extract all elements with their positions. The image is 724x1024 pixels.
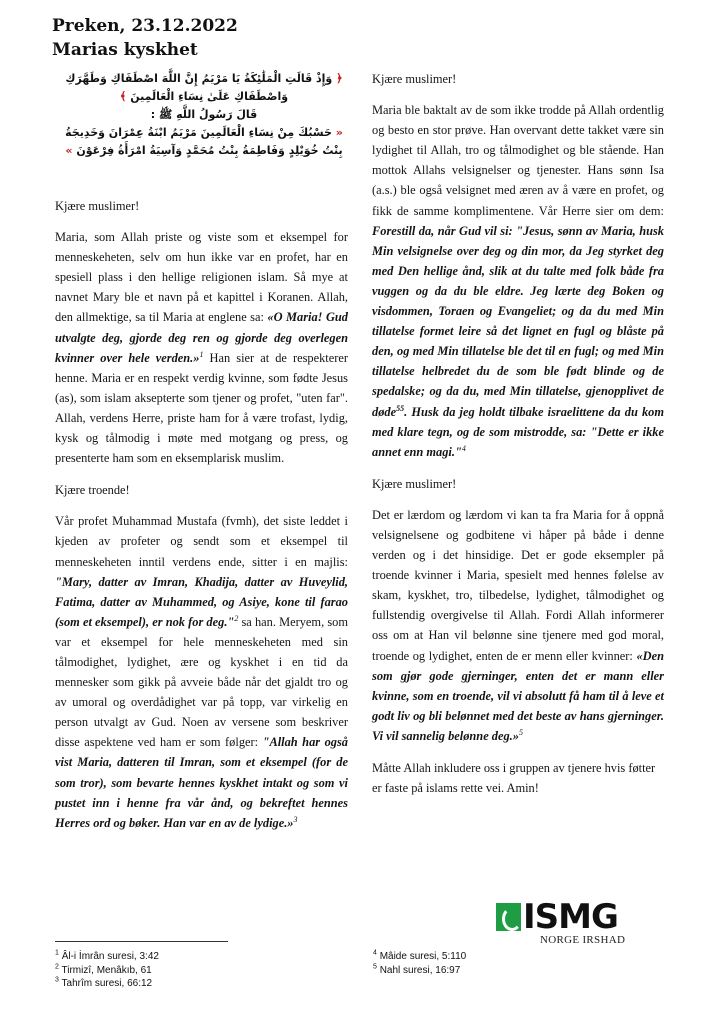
footnote-ref[interactable]: 5: [519, 728, 523, 737]
footnote-ref[interactable]: 4: [462, 444, 466, 453]
paragraph: Maria ble baktalt av de som ikke trodde …: [372, 100, 664, 462]
footnote-ref[interactable]: 3: [294, 815, 298, 824]
hadith-intro: قَالَ رَسُولُ اللَّهِ ﷺ :: [58, 106, 350, 124]
right-column: Kjære muslimer! Maria ble baktalt av de …: [372, 69, 664, 810]
footnote-separator: [55, 941, 228, 942]
paragraph: Det er lærdom og lærdom vi kan ta fra Ma…: [372, 505, 664, 746]
hadith: « حَسْبُكَ مِنْ نِسَاءِ الْعَالَمِينَ مَ…: [58, 124, 350, 160]
verse-bracket-open: ﴿: [336, 72, 342, 85]
logo-subtitle: NORGE IRSHAD: [540, 934, 625, 946]
footnote-text: Âl-i İmrân suresi, 3:42: [62, 951, 159, 962]
page-title: Preken, 23.12.2022 Marias kyskhet: [52, 14, 238, 62]
footnote-number: 2: [55, 963, 59, 970]
paragraph-text: Vår profet Muhammad Mustafa (fvmh), det …: [55, 514, 348, 568]
paragraph-text: sa han. Meryem, som var et eksempel for …: [55, 615, 348, 750]
salutation: Kjære muslimer!: [372, 474, 664, 494]
footnote-number: 1: [55, 950, 59, 957]
footnote-text: Tahrîm suresi, 66:12: [62, 978, 153, 989]
footnote: 3 Tahrîm suresi, 66:12: [55, 977, 159, 991]
paragraph: Maria, som Allah priste og viste som et …: [55, 227, 348, 468]
footnote-number: 5: [373, 963, 377, 970]
footnote: 4 Mâide suresi, 5:110: [373, 950, 466, 964]
footnote: 1 Âl-i İmrân suresi, 3:42: [55, 950, 159, 964]
paragraph-text: Han sier at de respekterer henne. Maria …: [55, 351, 348, 465]
title-date: Preken, 23.12.2022: [52, 14, 238, 38]
closing-prayer: Måtte Allah inkludere oss i gruppen av t…: [372, 758, 664, 798]
arabic-verses: ﴿ وَإِذْ قَالَتِ الْمَلَٰئِكَةُ يَا مَرْ…: [58, 70, 350, 160]
quote: . Husk da jeg holdt tilbake israelittene…: [372, 405, 664, 459]
logo-name: ISMG: [523, 897, 618, 937]
hadith-text: حَسْبُكَ مِنْ نِسَاءِ الْعَالَمِينَ مَرْ…: [65, 126, 343, 157]
footnotes-right: 4 Mâide suresi, 5:110 5 Nahl suresi, 16:…: [373, 950, 466, 977]
hadith-quote-open: «: [336, 126, 343, 139]
footnotes-left: 1 Âl-i İmrân suresi, 3:42 2 Tirmizî, Men…: [55, 950, 159, 991]
title-subject: Marias kyskhet: [52, 38, 238, 62]
footnote-text: Tirmizî, Menâkıb, 61: [62, 965, 152, 976]
footnote: 5 Nahl suresi, 16:97: [373, 964, 466, 978]
paragraph-text: Maria ble baktalt av de som ikke trodde …: [372, 103, 664, 217]
paragraph: Vår profet Muhammad Mustafa (fvmh), det …: [55, 511, 348, 833]
footnote: 2 Tirmizî, Menâkıb, 61: [55, 964, 159, 978]
footnote-number: 4: [373, 950, 377, 957]
quote: "Allah har også vist Maria, datteren til…: [55, 735, 348, 829]
footnote-ref[interactable]: 55: [396, 403, 404, 412]
footnote-number: 3: [55, 977, 59, 984]
salutation: Kjære muslimer!: [55, 196, 348, 216]
quran-verse: ﴿ وَإِذْ قَالَتِ الْمَلَٰئِكَةُ يَا مَرْ…: [58, 70, 350, 106]
footnote-text: Nahl suresi, 16:97: [380, 965, 461, 976]
logo-mark-icon: [496, 903, 521, 931]
paragraph-text: Det er lærdom og lærdom vi kan ta fra Ma…: [372, 508, 664, 663]
ismg-logo: ISMG NORGE IRSHAD: [496, 903, 646, 949]
hadith-quote-close: »: [65, 144, 72, 157]
footnote-text: Mâide suresi, 5:110: [380, 951, 467, 962]
salutation: Kjære troende!: [55, 480, 348, 500]
salutation: Kjære muslimer!: [372, 69, 664, 89]
document-page: Preken, 23.12.2022 Marias kyskhet ﴿ وَإِ…: [0, 0, 724, 1024]
left-column: Kjære muslimer! Maria, som Allah priste …: [55, 196, 348, 845]
quote: Forestill da, når Gud vil si: "Jesus, sø…: [372, 224, 664, 419]
verse-bracket-close: ﴾: [120, 90, 126, 103]
verse-text: وَإِذْ قَالَتِ الْمَلَٰئِكَةُ يَا مَرْيَ…: [65, 72, 332, 103]
